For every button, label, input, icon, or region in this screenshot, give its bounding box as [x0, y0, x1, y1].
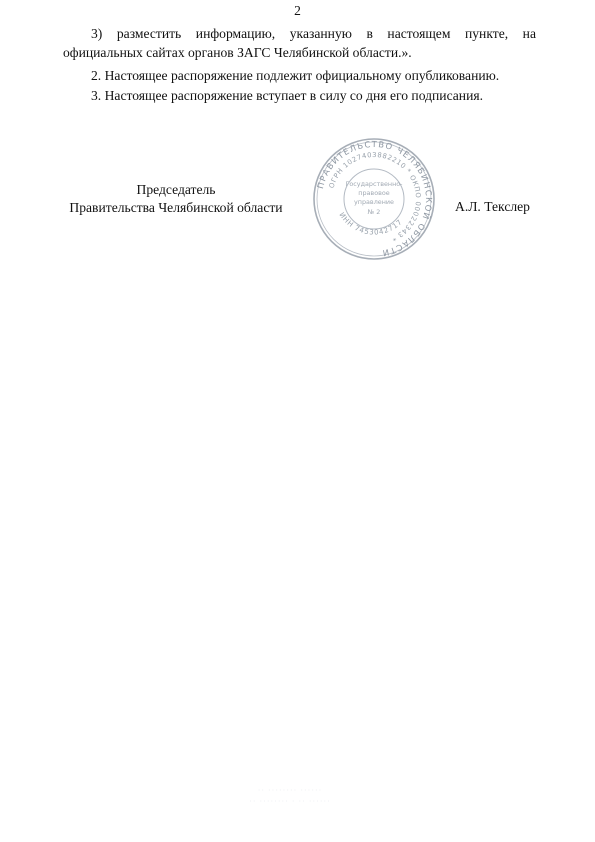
paragraph-effective-date: 3. Настоящее распоряжение вступает в сил…: [63, 86, 536, 105]
official-seal-stamp: ПРАВИТЕЛЬСТВО ЧЕЛЯБИНСКОЙ ОБЛАСТИ ОГРН 1…: [312, 137, 436, 261]
paragraph-item-3-line2: официальных сайтах органов ЗАГС Челябинс…: [63, 43, 536, 62]
stamp-center-line2: правовое: [358, 189, 390, 197]
bleed-line2: ·· ········ · ·· ······: [225, 796, 355, 807]
bleed-through-text: ·· ········ ······ ·· ········ · ·· ····…: [225, 785, 355, 807]
bleed-line1: ·· ········ ······: [225, 785, 355, 796]
signatory-name: А.Л. Текслер: [455, 199, 530, 215]
position-line1: Председатель: [56, 181, 296, 199]
stamp-center-line4: № 2: [367, 208, 381, 216]
stamp-center-line1: Государственно-: [345, 180, 402, 188]
paragraph-item-3-line1: 3) разместить информацию, указанную в на…: [63, 24, 536, 43]
position-line2: Правительства Челябинской области: [56, 199, 296, 217]
page-number: 2: [0, 3, 595, 19]
paragraph-publication: 2. Настоящее распоряжение подлежит офици…: [63, 66, 536, 85]
signatory-position: Председатель Правительства Челябинской о…: [56, 181, 296, 217]
stamp-center-line3: управление: [354, 198, 394, 206]
